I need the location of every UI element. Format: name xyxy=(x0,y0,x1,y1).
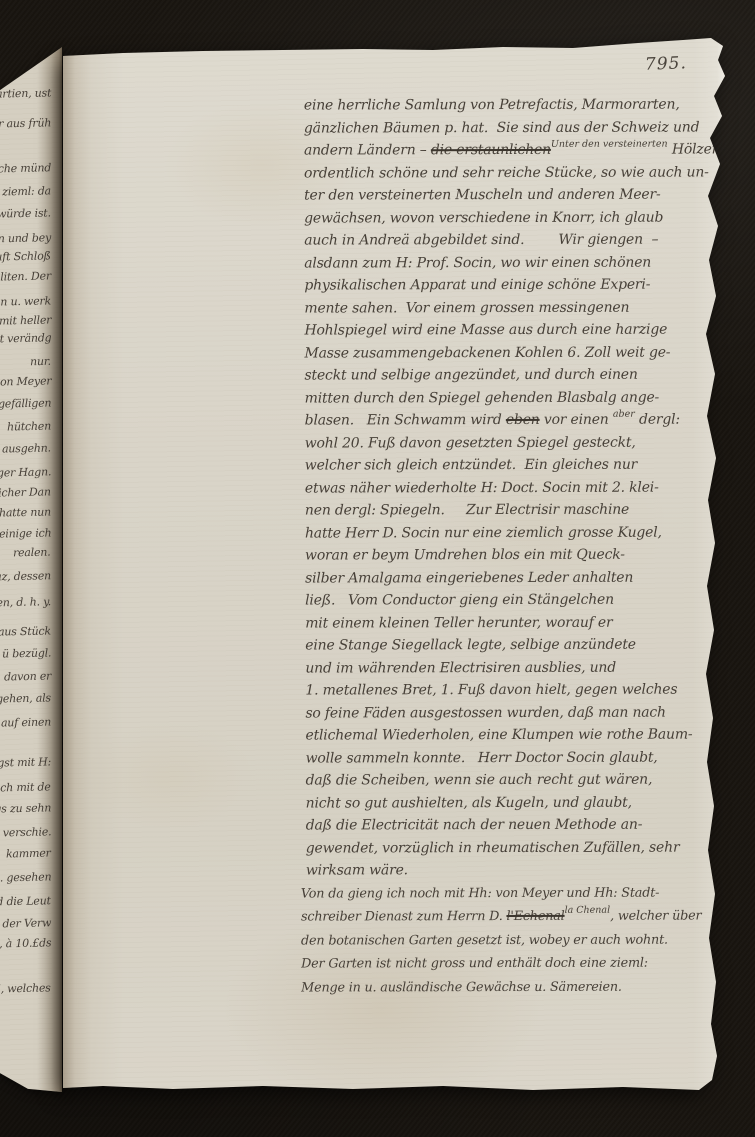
manuscript-line: mente sahen. Vor einem grossen messingen… xyxy=(304,296,724,320)
manuscript-line: Von da gieng ich noch mit Hh: von Meyer … xyxy=(301,881,726,906)
handwritten-text: ter den versteinerten Muscheln und ander… xyxy=(304,187,660,204)
handwritten-text: nen dergl: Spiegeln. Zur Electrisir masc… xyxy=(305,502,629,519)
manuscript-line: so feine Fäden ausgestossen wurden, daß … xyxy=(305,701,725,725)
handwritten-text: auch in Andreä abgebildet sind. Wir gien… xyxy=(304,232,658,249)
handwritten-text: Der Garten ist nicht gross und enthält d… xyxy=(301,956,648,972)
manuscript-line: daß die Electricität nach der neuen Meth… xyxy=(306,813,726,837)
handwritten-text: steckt und selbige angezündet, und durch… xyxy=(305,367,638,384)
handwritten-text: blasen. Ein Schwamm wird xyxy=(305,412,506,429)
handwritten-text: eine herrliche Samlung von Petrefactis, … xyxy=(304,97,680,114)
manuscript-line: Hohlspiegel wird eine Masse aus durch ei… xyxy=(304,318,724,342)
manuscript-line: gänzlichen Bäumen p. hat. Sie sind aus d… xyxy=(304,116,724,140)
manuscript-line: auch in Andreä abgebildet sind. Wir gien… xyxy=(304,228,724,252)
manuscript-line: physikalischen Apparat und einige schöne… xyxy=(304,273,724,297)
manuscript-line: mitten durch den Spiegel gehenden Blasba… xyxy=(305,386,725,410)
manuscript-line: silber Amalgama eingeriebenes Leder anha… xyxy=(305,566,725,590)
handwritten-text: andern Ländern – xyxy=(304,142,431,158)
handwritten-text: nicht so gut aushielten, als Kugeln, und… xyxy=(306,794,632,811)
manuscript-line: welcher sich gleich entzündet. Ein gleic… xyxy=(305,453,725,477)
handwritten-text: mente sahen. Vor einem grossen messingen… xyxy=(304,299,629,316)
handwritten-text: wolle sammeln konnte. Herr Doctor Socin … xyxy=(306,749,658,766)
interlinear-insertion: la Chenal xyxy=(565,905,611,916)
manuscript-line: gewächsen, wovon verschiedene in Knorr, … xyxy=(304,206,724,230)
interlinear-insertion: Unter den versteinerten xyxy=(551,139,668,150)
manuscript-text-block: eine herrliche Samlung von Petrefactis, … xyxy=(304,93,726,999)
manuscript-line: etlichemal Wiederholen, eine Klumpen wie… xyxy=(305,723,725,747)
manuscript-line: nen dergl: Spiegeln. Zur Electrisir masc… xyxy=(305,498,725,522)
handwritten-text: wirksam wäre. xyxy=(306,862,408,878)
manuscript-page: 795. eine herrliche Samlung von Petrefac… xyxy=(63,38,727,1094)
handwritten-text: den botanischen Garten gesetzt ist, wobe… xyxy=(301,932,668,948)
manuscript-line: andern Ländern – die erstaunlichenUnter … xyxy=(304,138,724,162)
handwritten-text: gewendet, vorzüglich in rheumatischen Zu… xyxy=(306,839,680,856)
handwritten-text: mit einem kleinen Teller herunter, worau… xyxy=(305,614,612,631)
manuscript-line: wolle sammeln konnte. Herr Doctor Socin … xyxy=(306,746,726,770)
handwritten-text: etwas näher wiederholte H: Doct. Socin m… xyxy=(305,479,659,496)
handwritten-text: ließ. Vom Conductor gieng ein Stängelche… xyxy=(305,592,614,609)
handwritten-text: Hohlspiegel wird eine Masse aus durch ei… xyxy=(304,322,667,339)
manuscript-line: daß die Scheiben, wenn sie auch recht gu… xyxy=(306,768,726,792)
manuscript-line: nicht so gut aushielten, als Kugeln, und… xyxy=(306,791,726,815)
manuscript-line: Masse zusammengebackenen Kohlen 6. Zoll … xyxy=(304,341,724,365)
manuscript-line: und im währenden Electrisiren ausblies, … xyxy=(305,656,725,680)
manuscript-line: wirksam wäre. xyxy=(306,858,726,882)
handwritten-text: woran er beym Umdrehen blos ein mit Quec… xyxy=(305,547,625,564)
manuscript-line: wohl 20. Fuß davon gesetzten Spiegel ges… xyxy=(305,431,725,455)
handwritten-text: etlichemal Wiederholen, eine Klumpen wie… xyxy=(305,727,692,744)
manuscript-page-wrap: 795. eine herrliche Samlung von Petrefac… xyxy=(0,0,755,1137)
struck-text: l'Echenal xyxy=(506,909,564,924)
handwritten-text: gänzlichen Bäumen p. hat. Sie sind aus d… xyxy=(304,119,699,136)
manuscript-line: den botanischen Garten gesetzt ist, wobe… xyxy=(301,928,726,953)
handwritten-text: physikalischen Apparat und einige schöne… xyxy=(304,277,650,294)
struck-text: eben xyxy=(506,412,540,428)
manuscript-line: gewendet, vorzüglich in rheumatischen Zu… xyxy=(306,836,726,860)
handwritten-text: so feine Fäden ausgestossen wurden, daß … xyxy=(305,704,665,721)
manuscript-line: hatte Herr D. Socin nur eine ziemlich gr… xyxy=(305,521,725,545)
manuscript-line: ließ. Vom Conductor gieng ein Stängelche… xyxy=(305,588,725,612)
manuscript-line: eine Stange Siegellack legte, selbige an… xyxy=(305,633,725,657)
manuscript-line: ordentlich schöne und sehr reiche Stücke… xyxy=(304,161,724,185)
manuscript-line: woran er beym Umdrehen blos ein mit Quec… xyxy=(305,543,725,567)
handwritten-text: schreiber Dienast zum Herrn D. xyxy=(301,909,507,925)
handwritten-text: eine Stange Siegellack legte, selbige an… xyxy=(305,637,636,654)
handwritten-text: 1. metallenes Bret, 1. Fuß davon hielt, … xyxy=(305,682,677,699)
interlinear-insertion: aber xyxy=(613,409,635,420)
page-number: 795. xyxy=(645,53,688,74)
handwritten-text: alsdann zum H: Prof. Socin, wo wir einen… xyxy=(304,254,651,271)
manuscript-line: schreiber Dienast zum Herrn D. l'Echenal… xyxy=(301,904,726,929)
handwritten-text: vor einen xyxy=(540,412,613,428)
manuscript-line: Der Garten ist nicht gross und enthält d… xyxy=(301,951,726,976)
handwritten-text: und im währenden Electrisiren ausblies, … xyxy=(305,659,616,676)
handwritten-text: hatte Herr D. Socin nur eine ziemlich gr… xyxy=(305,524,662,541)
manuscript-line: Menge in u. ausländische Gewächse u. Säm… xyxy=(301,975,726,1000)
handwritten-text: , welcher über xyxy=(610,909,701,924)
handwritten-text: gewächsen, wovon verschiedene in Knorr, … xyxy=(304,209,663,226)
manuscript-line: ter den versteinerten Muscheln und ander… xyxy=(304,183,724,207)
manuscript-line: blasen. Ein Schwamm wird eben vor einen … xyxy=(305,408,725,432)
struck-text: die erstaunlichen xyxy=(431,142,551,158)
manuscript-line: alsdann zum H: Prof. Socin, wo wir einen… xyxy=(304,251,724,275)
handwritten-text: Hölzern sind außer- xyxy=(668,141,755,157)
manuscript-line: 1. metallenes Bret, 1. Fuß davon hielt, … xyxy=(305,678,725,702)
handwritten-text: dergl: xyxy=(635,412,680,428)
handwritten-text: Menge in u. ausländische Gewächse u. Säm… xyxy=(301,979,622,995)
manuscript-line: mit einem kleinen Teller herunter, worau… xyxy=(305,611,725,635)
manuscript-line: eine herrliche Samlung von Petrefactis, … xyxy=(304,93,724,117)
manuscript-line: steckt und selbige angezündet, und durch… xyxy=(305,363,725,387)
handwritten-text: wohl 20. Fuß davon gesetzten Spiegel ges… xyxy=(305,434,636,451)
handwritten-text: Von da gieng ich noch mit Hh: von Meyer … xyxy=(301,885,659,901)
handwritten-text: daß die Scheiben, wenn sie auch recht gu… xyxy=(306,772,653,789)
handwritten-text: welcher sich gleich entzündet. Ein gleic… xyxy=(305,457,637,474)
handwritten-text: mitten durch den Spiegel gehenden Blasba… xyxy=(305,389,660,406)
manuscript-line: etwas näher wiederholte H: Doct. Socin m… xyxy=(305,476,725,500)
handwritten-text: Masse zusammengebackenen Kohlen 6. Zoll … xyxy=(304,344,670,361)
handwritten-text: daß die Electricität nach der neuen Meth… xyxy=(306,817,643,834)
handwritten-text: silber Amalgama eingeriebenes Leder anha… xyxy=(305,569,633,586)
handwritten-text: ordentlich schöne und sehr reiche Stücke… xyxy=(304,164,709,181)
